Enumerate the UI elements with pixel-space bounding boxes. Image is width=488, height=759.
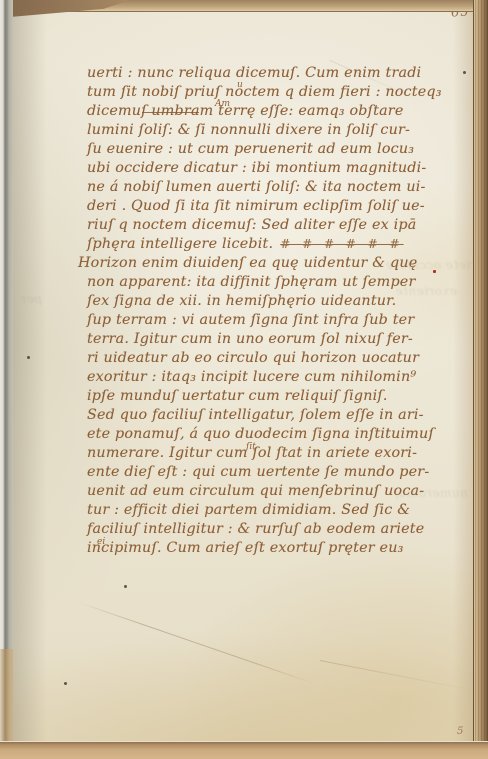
- manuscript-line: ſu euenire : ut cum peruenerit ad eum lo…: [87, 140, 437, 159]
- parchment-crease: [320, 660, 477, 692]
- manuscript-line: uenit ad eum circulum qui menſebrinuſ uo…: [87, 482, 437, 501]
- ink-showthrough: exoriente: [395, 284, 457, 298]
- manuscript-line: non apparent: ita diffinit ſphęram ut ſe…: [87, 273, 437, 292]
- fore-edge-shadow: [453, 0, 475, 759]
- manuscript-page: uerti : nunc reliqua dicemuſ. Cum enim t…: [0, 0, 488, 759]
- manuscript-line: dicemuſ umbram terrę eſſe: eamq₃ obſtare: [87, 102, 437, 121]
- manuscript-line: uerti : nunc reliqua dicemuſ. Cum enim t…: [87, 64, 437, 83]
- manuscript-line: incipimuſ. Cum arieſ eſt exortuſ pręter …: [87, 539, 437, 558]
- manuscript-line: ipſe munduſ uertatur cum reliquiſ ſigniſ…: [87, 387, 437, 406]
- ink-showthrough: numeramuſ: [393, 486, 468, 500]
- manuscript-line: Sed quo faciliuſ intelligatur, ſolem eſſ…: [87, 406, 437, 425]
- manuscript-line: faciliuſ intelligitur : & rurſuſ ab eode…: [87, 520, 437, 539]
- ink-showthrough: per: [20, 292, 42, 306]
- manuscript-line: tum ſit nobiſ priuſ noctem q diem fieri …: [87, 83, 437, 102]
- manuscript-text-block: uerti : nunc reliqua dicemuſ. Cum enim t…: [87, 64, 437, 558]
- line-filler-mark: # # # # # #: [280, 235, 403, 254]
- manuscript-line: tur : efficit diei partem dimidiam. Sed …: [87, 501, 437, 520]
- manuscript-line: ri uideatur ab eo circulo qui horizon uo…: [87, 349, 437, 368]
- manuscript-line: ſphęra intelligere licebit.# # # # # #: [87, 235, 437, 254]
- ink-speck: [27, 356, 30, 359]
- interlinear-correction: ei: [97, 537, 105, 547]
- manuscript-line: riuſ q noctem dicemuſ: Sed aliter eſſe e…: [87, 216, 437, 235]
- manuscript-line: ete ponamuſ, á quo duodecim ſigna inſtit…: [87, 425, 437, 444]
- book-fore-edge: [473, 0, 488, 759]
- manuscript-line: deri . Quod ſi ita ſit nimirum eclipſim …: [87, 197, 437, 216]
- interlinear-correction: u: [237, 80, 243, 90]
- ink-speck: [64, 682, 67, 685]
- interlinear-correction: Am: [215, 99, 230, 109]
- manuscript-line: ſex ſigna de xii. in hemiſphęrio uideant…: [87, 292, 437, 311]
- strikethrough-mark: [142, 112, 199, 113]
- gutter-shadow: [13, 0, 47, 759]
- manuscript-line: terra. Igitur cum in uno eorum ſol nixuſ…: [87, 330, 437, 349]
- manuscript-line: numerare. Igitur cum ſol ſtat in ariete …: [87, 444, 437, 463]
- manuscript-line: ne á nobiſ lumen auerti ſoliſ: & ita noc…: [87, 178, 437, 197]
- book-bottom-edge: [0, 741, 488, 759]
- ink-showthrough: ariete occidere: [385, 258, 484, 272]
- book-gutter-edge: [0, 0, 13, 759]
- manuscript-line: ubi occidere dicatur : ibi montium magni…: [87, 159, 437, 178]
- manuscript-line: lumini ſoliſ: & ſi nonnulli dixere in ſo…: [87, 121, 437, 140]
- manuscript-line: ſup terram : vi autem ſigna ſint infra ſ…: [87, 311, 437, 330]
- parchment-crease: [76, 601, 315, 684]
- manuscript-line: exoritur : itaq₃ incipit lucere cum nihi…: [87, 368, 437, 387]
- ink-speck: [463, 71, 466, 74]
- marginal-jot: 5: [457, 726, 463, 737]
- ink-speck: [124, 585, 127, 588]
- manuscript-line: ente dieſ eſt : qui cum uertente ſe mund…: [87, 463, 437, 482]
- interlinear-correction: ſit: [246, 442, 256, 452]
